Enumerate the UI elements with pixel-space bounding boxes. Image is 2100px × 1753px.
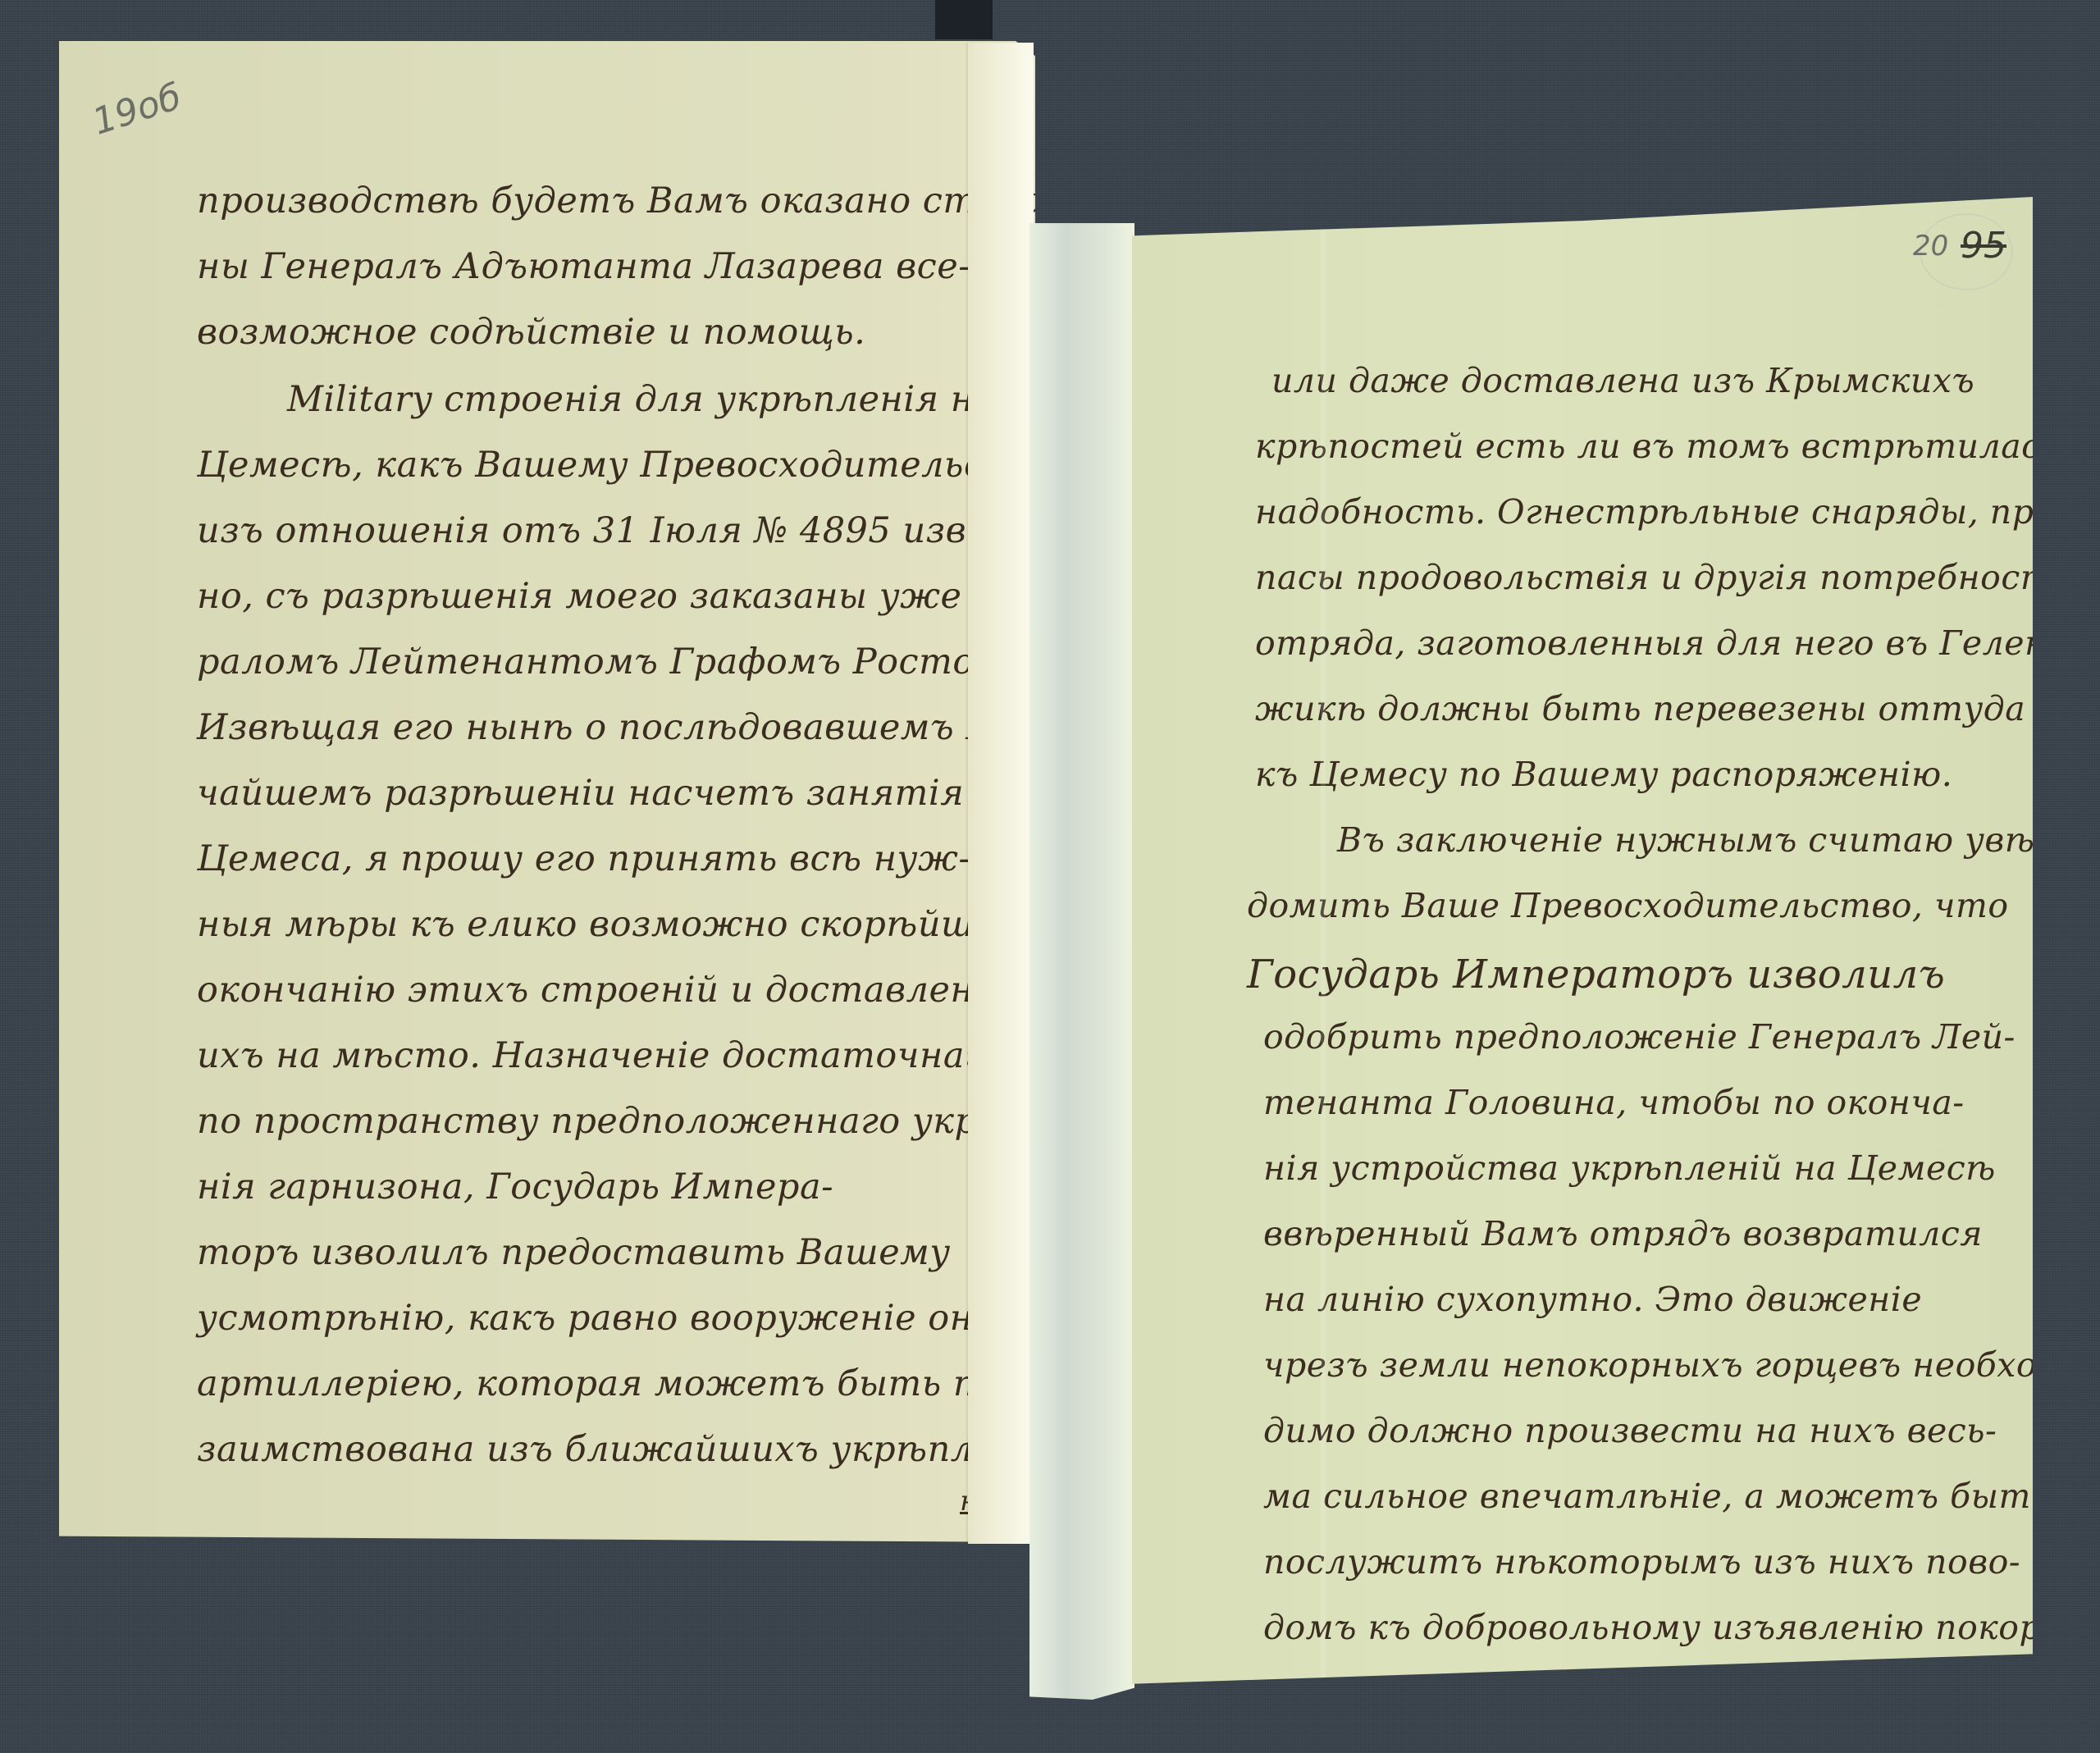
text-line: чайшемъ разрѣшеніи насчетъ занятія — [197, 773, 964, 814]
binding-guard-strip — [1029, 223, 1134, 1700]
text-line: домить Ваше Превосходительство, что — [1247, 886, 2009, 925]
text-line: изъ отношенія отъ 31 Іюля № 4895 извѣст- — [197, 510, 1064, 551]
text-line: ны Генералъ Адъютанта Лазарева все- — [197, 246, 970, 287]
text-line: чрезъ земли непокорныхъ горцевъ необхо- — [1263, 1345, 2048, 1385]
text-line: по пространству предположеннаго укрѣпле- — [197, 1101, 1089, 1142]
text-line: на линію сухопутно. Это движеніе — [1263, 1280, 1922, 1319]
text-line: производствѣ будетъ Вамъ оказано сторо- — [197, 180, 1055, 221]
spine-top-band — [935, 0, 993, 39]
text-line: отряда, заготовленныя для него въ Геленд… — [1255, 623, 2080, 663]
text-line: Цемеса, я прошу его принять всѣ нуж- — [197, 838, 970, 879]
folio-mark-right: 20 — [1913, 230, 1948, 262]
text-line: но, съ разрѣшенія моего заказаны уже Ген… — [197, 576, 1075, 617]
text-line: окончанію этихъ строеній и доставленія — [197, 970, 1009, 1011]
text-line: димо должно произвести на нихъ весь- — [1263, 1411, 1997, 1450]
text-line: раломъ Лейтенантомъ Графомъ Ростовымъ. — [197, 641, 1089, 682]
text-line: одобрить предположеніе Генералъ Лей- — [1263, 1017, 2016, 1057]
folio-mark-right-struck: 95 — [1961, 225, 2006, 267]
text-line: нія гарнизона, Государь Импера- — [197, 1166, 833, 1207]
text-line: Извѣщая его нынѣ о послѣдовавшемъ Высо- — [197, 707, 1075, 748]
text-line: крѣпостей есть ли въ томъ встрѣтилась — [1255, 427, 2059, 466]
text-line: тенанта Головина, чтобы по оконча- — [1263, 1083, 1965, 1122]
text-line: или даже доставлена изъ Крымскихъ — [1271, 361, 1974, 400]
text-line: ввѣренный Вамъ отрядъ возвратился — [1263, 1214, 1983, 1253]
text-line: къ Цемесу по Вашему распоряженію. — [1255, 755, 1952, 794]
text-line: торъ изволилъ предоставить Вашему — [197, 1232, 951, 1273]
text-line: пасы продовольствія и другія потребности — [1255, 558, 2075, 597]
text-line: ихъ на мѣсто. Назначеніе достаточнаго — [197, 1035, 1005, 1076]
text-line: заимствована изъ ближайшихъ укрѣпле- — [197, 1429, 1007, 1470]
text-line: Въ заключеніе нужнымъ считаю увѣ- — [1337, 820, 2047, 860]
text-line: ма сильное впечатлѣніе, а можетъ быть — [1263, 1477, 2050, 1516]
text-line: Цемесѣ, какъ Вашему Превосходительству — [197, 445, 1060, 486]
text-line: Государь Императоръ изволилъ — [1247, 952, 1945, 997]
left-page-fold-edge — [968, 43, 1034, 1544]
folio-mark-left: 19об — [88, 75, 186, 144]
text-line: артиллеріею, которая можетъ быть по- — [197, 1363, 1010, 1404]
right-page: 20 95 или даже доставлена изъ Крымскихъ … — [1132, 197, 2033, 1690]
text-line: жикѣ должны быть перевезены оттуда — [1255, 689, 2025, 728]
text-line: нія устройства укрѣпленій на Цемесѣ — [1263, 1148, 1996, 1188]
text-line: ныя мѣры къ елико возможно скорѣйшему — [197, 904, 1047, 945]
text-line: Military строенія для укрѣпленія на — [287, 379, 996, 420]
text-line: надобность. Огнестрѣльные снаряды, при- — [1255, 492, 2068, 532]
left-page: 19об производствѣ будетъ Вамъ оказано ст… — [59, 41, 1035, 1542]
text-line: усмотрѣнію, какъ равно вооруженіе онаго — [197, 1298, 1034, 1339]
text-line: возможное содѣйствіе и помощь. — [197, 312, 865, 353]
text-line: послужитъ нѣкоторымъ изъ нихъ пово- — [1263, 1542, 2020, 1582]
text-line: домъ къ добровольному изъявленію покорно… — [1263, 1608, 2100, 1647]
